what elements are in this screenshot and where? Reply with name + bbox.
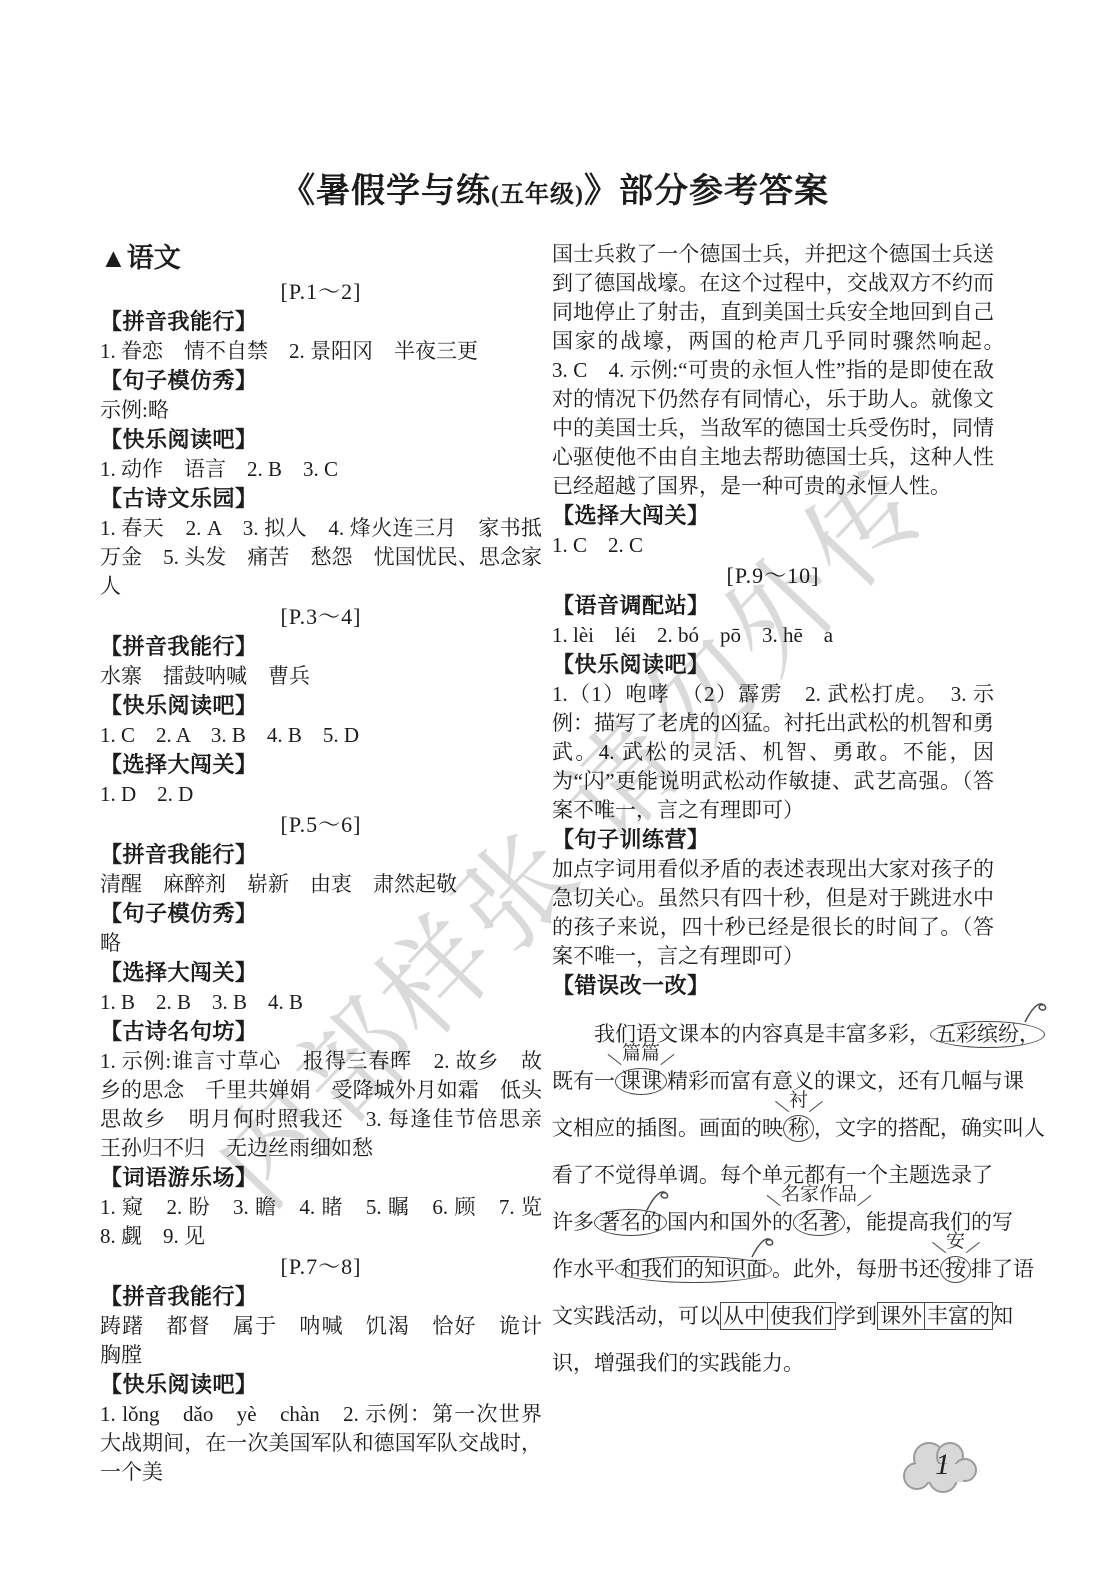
answer-paragraph: 加点字词用看似矛盾的表述表现出大家对孩子的急切关心。虽然只有四十秒，但是对于跳进… <box>552 855 994 971</box>
section-heading: 【语音调配站】 <box>552 591 994 621</box>
page-range-heading: [P.1～2] <box>100 276 542 307</box>
answer-line: 踌躇 都督 属于 呐喊 饥渴 恰好 诡计 胸膛 <box>100 1312 542 1370</box>
answer-paragraph: 1. 春天 2. A 3. 拟人 4. 烽火连三月 家书抵万金 5. 头发 痛苦… <box>100 514 542 601</box>
proofread-text: 国内和国外的 <box>667 1210 793 1234</box>
circled-error-text: 名著名家作品 <box>793 1209 845 1236</box>
left-column: ▲语文[P.1～2]【拼音我能行】1. 眷恋 情不自禁 2. 景阳冈 半夜三更【… <box>100 240 542 1487</box>
proofread-line: 看了不觉得单调。每个单元都有一个主题选录了 <box>552 1152 994 1199</box>
boxed-swap-text: 丰富的 <box>924 1302 993 1330</box>
answer-line: 1. D 2. D <box>100 780 542 809</box>
section-heading: 【句子模仿秀】 <box>100 366 542 396</box>
page-range-heading: [P.9～10] <box>552 560 994 591</box>
page-title-prefix: 《暑假学与练 <box>281 173 491 210</box>
proofread-text: 知 <box>992 1304 1013 1328</box>
answer-line: 1. C 2. C <box>552 531 994 560</box>
circled-error-text: 按安 <box>940 1256 971 1283</box>
page-range-heading: [P.7～8] <box>100 1251 542 1282</box>
section-heading: 【拼音我能行】 <box>100 632 542 662</box>
proofread-text: 文实践活动，可以 <box>552 1304 720 1328</box>
boxed-swap-text: 课外 <box>877 1302 925 1330</box>
section-heading: 【拼音我能行】 <box>100 1282 542 1312</box>
answer-paragraph: 国士兵救了一个德国士兵，并把这个德国士兵送到了德国战壕。在这个过程中，交战双方不… <box>552 240 994 501</box>
circled-error-text: 和我们的知识面 <box>615 1256 772 1283</box>
answer-line: 1. C 2. A 3. B 4. B 5. D <box>100 721 542 750</box>
correction-note: 安 <box>946 1232 965 1252</box>
answer-paragraph: 1. 示例:谁言寸草心 报得三春晖 2. 故乡 故乡的思念 千里共婵娟 受降城外… <box>100 1047 542 1163</box>
circled-error-text: 著名的 <box>594 1209 667 1236</box>
page-range-heading: [P.5～6] <box>100 809 542 840</box>
page-title: 《暑假学与练(五年级)》部分参考答案 <box>0 163 1110 212</box>
answer-paragraph: 1. 窥 2. 盼 3. 瞻 4. 睹 5. 瞩 6. 顾 7. 览 8. 觑 … <box>100 1193 542 1251</box>
answer-line: 示例:略 <box>100 396 542 425</box>
page-title-grade: (五年级) <box>491 182 584 208</box>
deletion-mark-icon <box>749 1233 779 1259</box>
page-range-heading: [P.3～4] <box>100 601 542 632</box>
page-number: 1 <box>935 1448 950 1482</box>
section-heading: 【快乐阅读吧】 <box>552 650 994 680</box>
proofread-text: 许多 <box>552 1210 594 1234</box>
deletion-mark-icon <box>644 1186 674 1212</box>
proofread-text: 排了语 <box>971 1257 1034 1281</box>
circled-error-text: 五彩缤纷， <box>930 1021 1045 1048</box>
section-heading: 【选择大闯关】 <box>100 958 542 988</box>
section-heading: 【快乐阅读吧】 <box>100 691 542 721</box>
proofread-text: 精彩而富有意义的课文，还有几幅与课 <box>667 1069 1024 1093</box>
answer-line: 1. 眷恋 情不自禁 2. 景阳冈 半夜三更 <box>100 337 542 366</box>
proofreading-exercise: 我们语文课本的内容真是丰富多彩，五彩缤纷，既有一课课篇篇精彩而富有意义的课文，还… <box>552 1011 994 1387</box>
section-heading: 【选择大闯关】 <box>552 501 994 531</box>
proofread-text: 看了不觉得单调。每个单元都有一个主题选录了 <box>552 1163 993 1187</box>
proofread-text: 既有一 <box>552 1069 615 1093</box>
proofread-line: 文实践活动，可以从中使我们学到课外丰富的知 <box>552 1293 994 1340</box>
section-heading: 【古诗文乐园】 <box>100 484 542 514</box>
proofread-text: 。此外，每册书还 <box>772 1257 940 1281</box>
subject-heading: ▲语文 <box>100 240 542 276</box>
answer-line: 1. lèi léi 2. bó pō 3. hē a <box>552 621 994 650</box>
answer-line: 1. B 2. B 3. B 4. B <box>100 988 542 1017</box>
section-heading: 【快乐阅读吧】 <box>100 1370 542 1400</box>
proofread-line: 既有一课课篇篇精彩而富有意义的课文，还有几幅与课 <box>552 1058 994 1105</box>
section-heading: 【古诗名句坊】 <box>100 1017 542 1047</box>
section-heading: 【拼音我能行】 <box>100 840 542 870</box>
proofread-text: 识，增强我们的实践能力。 <box>552 1351 804 1375</box>
answer-line: 水寨 擂鼓呐喊 曹兵 <box>100 662 542 691</box>
section-heading: 【句子模仿秀】 <box>100 899 542 929</box>
correction-note: 衬 <box>789 1091 808 1111</box>
deletion-mark-icon <box>1022 998 1052 1024</box>
section-heading: 【错误改一改】 <box>552 971 994 1001</box>
proofread-text: 文相应的插图。画面的映 <box>552 1116 783 1140</box>
answer-line: 清醒 麻醉剂 崭新 由衷 肃然起敬 <box>100 870 542 899</box>
proofread-line: 作水平和我们的知识面。此外，每册书还按安排了语 <box>552 1246 994 1293</box>
boxed-swap-text: 使我们 <box>767 1302 836 1330</box>
answer-line: 1. 动作 语言 2. B 3. C <box>100 455 542 484</box>
section-heading: 【句子训练营】 <box>552 825 994 855</box>
proofread-text: 学到 <box>835 1304 877 1328</box>
answer-paragraph: 1. lǒng dǎo yè chàn 2. 示例：第一次世界大战期间，在一次美… <box>100 1400 542 1487</box>
proofread-text: ，能提高我们的写 <box>845 1210 1013 1234</box>
correction-note: 名家作品 <box>781 1185 857 1205</box>
proofread-line: 文相应的插图。画面的映称衬，文字的搭配，确实叫人 <box>552 1105 994 1152</box>
proofread-line: 我们语文课本的内容真是丰富多彩，五彩缤纷， <box>552 1011 994 1058</box>
correction-note: 篇篇 <box>622 1044 660 1064</box>
page-number-cloud: 1 <box>893 1436 985 1502</box>
boxed-swap-text: 从中 <box>720 1302 768 1330</box>
proofread-text: 作水平 <box>552 1257 615 1281</box>
proofread-text: 我们语文课本的内容真是丰富多彩， <box>552 1022 930 1046</box>
section-heading: 【选择大闯关】 <box>100 750 542 780</box>
proofread-text: ，文字的搭配，确实叫人 <box>814 1116 1045 1140</box>
answer-paragraph: 1.（1）咆哮 （2）霹雳 2. 武松打虎。 3. 示例：描写了老虎的凶猛。衬托… <box>552 680 994 825</box>
section-heading: 【词语游乐场】 <box>100 1163 542 1193</box>
answer-line: 略 <box>100 929 542 958</box>
right-column: 国士兵救了一个德国士兵，并把这个德国士兵送到了德国战壕。在这个过程中，交战双方不… <box>552 240 994 1387</box>
section-heading: 【快乐阅读吧】 <box>100 425 542 455</box>
section-heading: 【拼音我能行】 <box>100 307 542 337</box>
circled-error-text: 称衬 <box>783 1115 814 1142</box>
proofread-line: 识，增强我们的实践能力。 <box>552 1340 994 1387</box>
circled-error-text: 课课篇篇 <box>615 1068 667 1095</box>
page-title-suffix: 》部分参考答案 <box>584 173 829 210</box>
